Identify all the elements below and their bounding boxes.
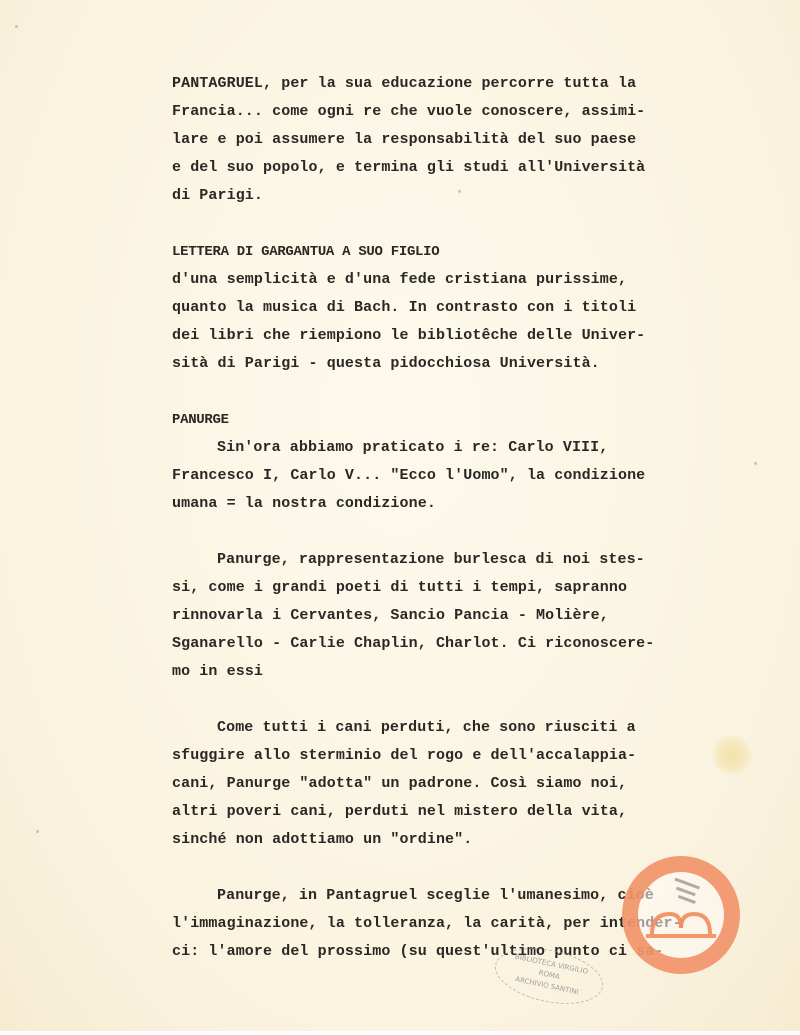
text-line: cani, Panurge "adotta" un padrone. Così … [172,770,692,798]
spacer [172,518,692,546]
spacer [172,210,692,238]
text-line: l'immaginazione, la tolleranza, la carit… [172,910,692,938]
paragraph-lettera: LETTERA DI GARGANTUA A SUO FIGLIO d'una … [172,238,692,378]
paper-speck [754,462,757,465]
text-line: si, come i grandi poeti di tutti i tempi… [172,574,692,602]
paper-speck [36,830,39,833]
book-logo-icon [638,872,724,958]
paper-stain [712,735,752,775]
text-line: Sin'ora abbiamo praticato i re: Carlo VI… [172,434,692,462]
paragraph: Panurge, rappresentazione burlesca di no… [172,546,692,686]
text-line: quanto la musica di Bach. In contrasto c… [172,294,692,322]
text-line: ci: l'amore del prossimo (su quest'ultim… [172,938,692,966]
paragraph: Panurge, in Pantagruel sceglie l'umanesi… [172,882,692,966]
paper-speck [15,25,18,28]
paragraph: Sin'ora abbiamo praticato i re: Carlo VI… [172,434,692,518]
text-line: Come tutti i cani perduti, che sono rius… [172,714,692,742]
text-line: di Parigi. [172,182,692,210]
library-logo-watermark [622,856,740,974]
paragraph-pantagruel: PANTAGRUEL, per la sua educazione percor… [172,70,692,210]
section-panurge: PANURGE Sin'ora abbiamo praticato i re: … [172,406,692,966]
text-line: Francia... come ogni re che vuole conosc… [172,98,692,126]
text-line: sfuggire allo sterminio del rogo e dell'… [172,742,692,770]
paragraph: Come tutti i cani perduti, che sono rius… [172,714,692,854]
text-line: mo in essi [172,658,692,686]
scanned-page: PANTAGRUEL, per la sua educazione percor… [0,0,800,1035]
section-heading-panurge: PANURGE [172,406,692,434]
text-line: Panurge, in Pantagruel sceglie l'umanesi… [172,882,692,910]
text-line: umana = la nostra condizione. [172,490,692,518]
section-heading-lettera: LETTERA DI GARGANTUA A SUO FIGLIO [172,238,692,266]
text-line: rinnovarla i Cervantes, Sancio Pancia - … [172,602,692,630]
text-line: sinché non adottiamo un "ordine". [172,826,692,854]
text-line: dei libri che riempiono le bibliotêche d… [172,322,692,350]
text-line: d'una semplicità e d'una fede cristiana … [172,266,692,294]
text-line: altri poveri cani, perduti nel mistero d… [172,798,692,826]
spacer [172,854,692,882]
page-bottom-edge [0,1031,800,1035]
text-line: Sganarello - Carlie Chaplin, Charlot. Ci… [172,630,692,658]
spacer [172,686,692,714]
text-line: PANTAGRUEL, per la sua educazione percor… [172,70,692,98]
text-line: Panurge, rappresentazione burlesca di no… [172,546,692,574]
text-line: Francesco I, Carlo V... "Ecco l'Uomo", l… [172,462,692,490]
spacer [172,378,692,406]
typewritten-text: PANTAGRUEL, per la sua educazione percor… [172,70,692,966]
text-line: sità di Parigi - questa pidocchiosa Univ… [172,350,692,378]
text-line: e del suo popolo, e termina gli studi al… [172,154,692,182]
text-line: lare e poi assumere la responsabilità de… [172,126,692,154]
paper-speck [458,190,461,193]
